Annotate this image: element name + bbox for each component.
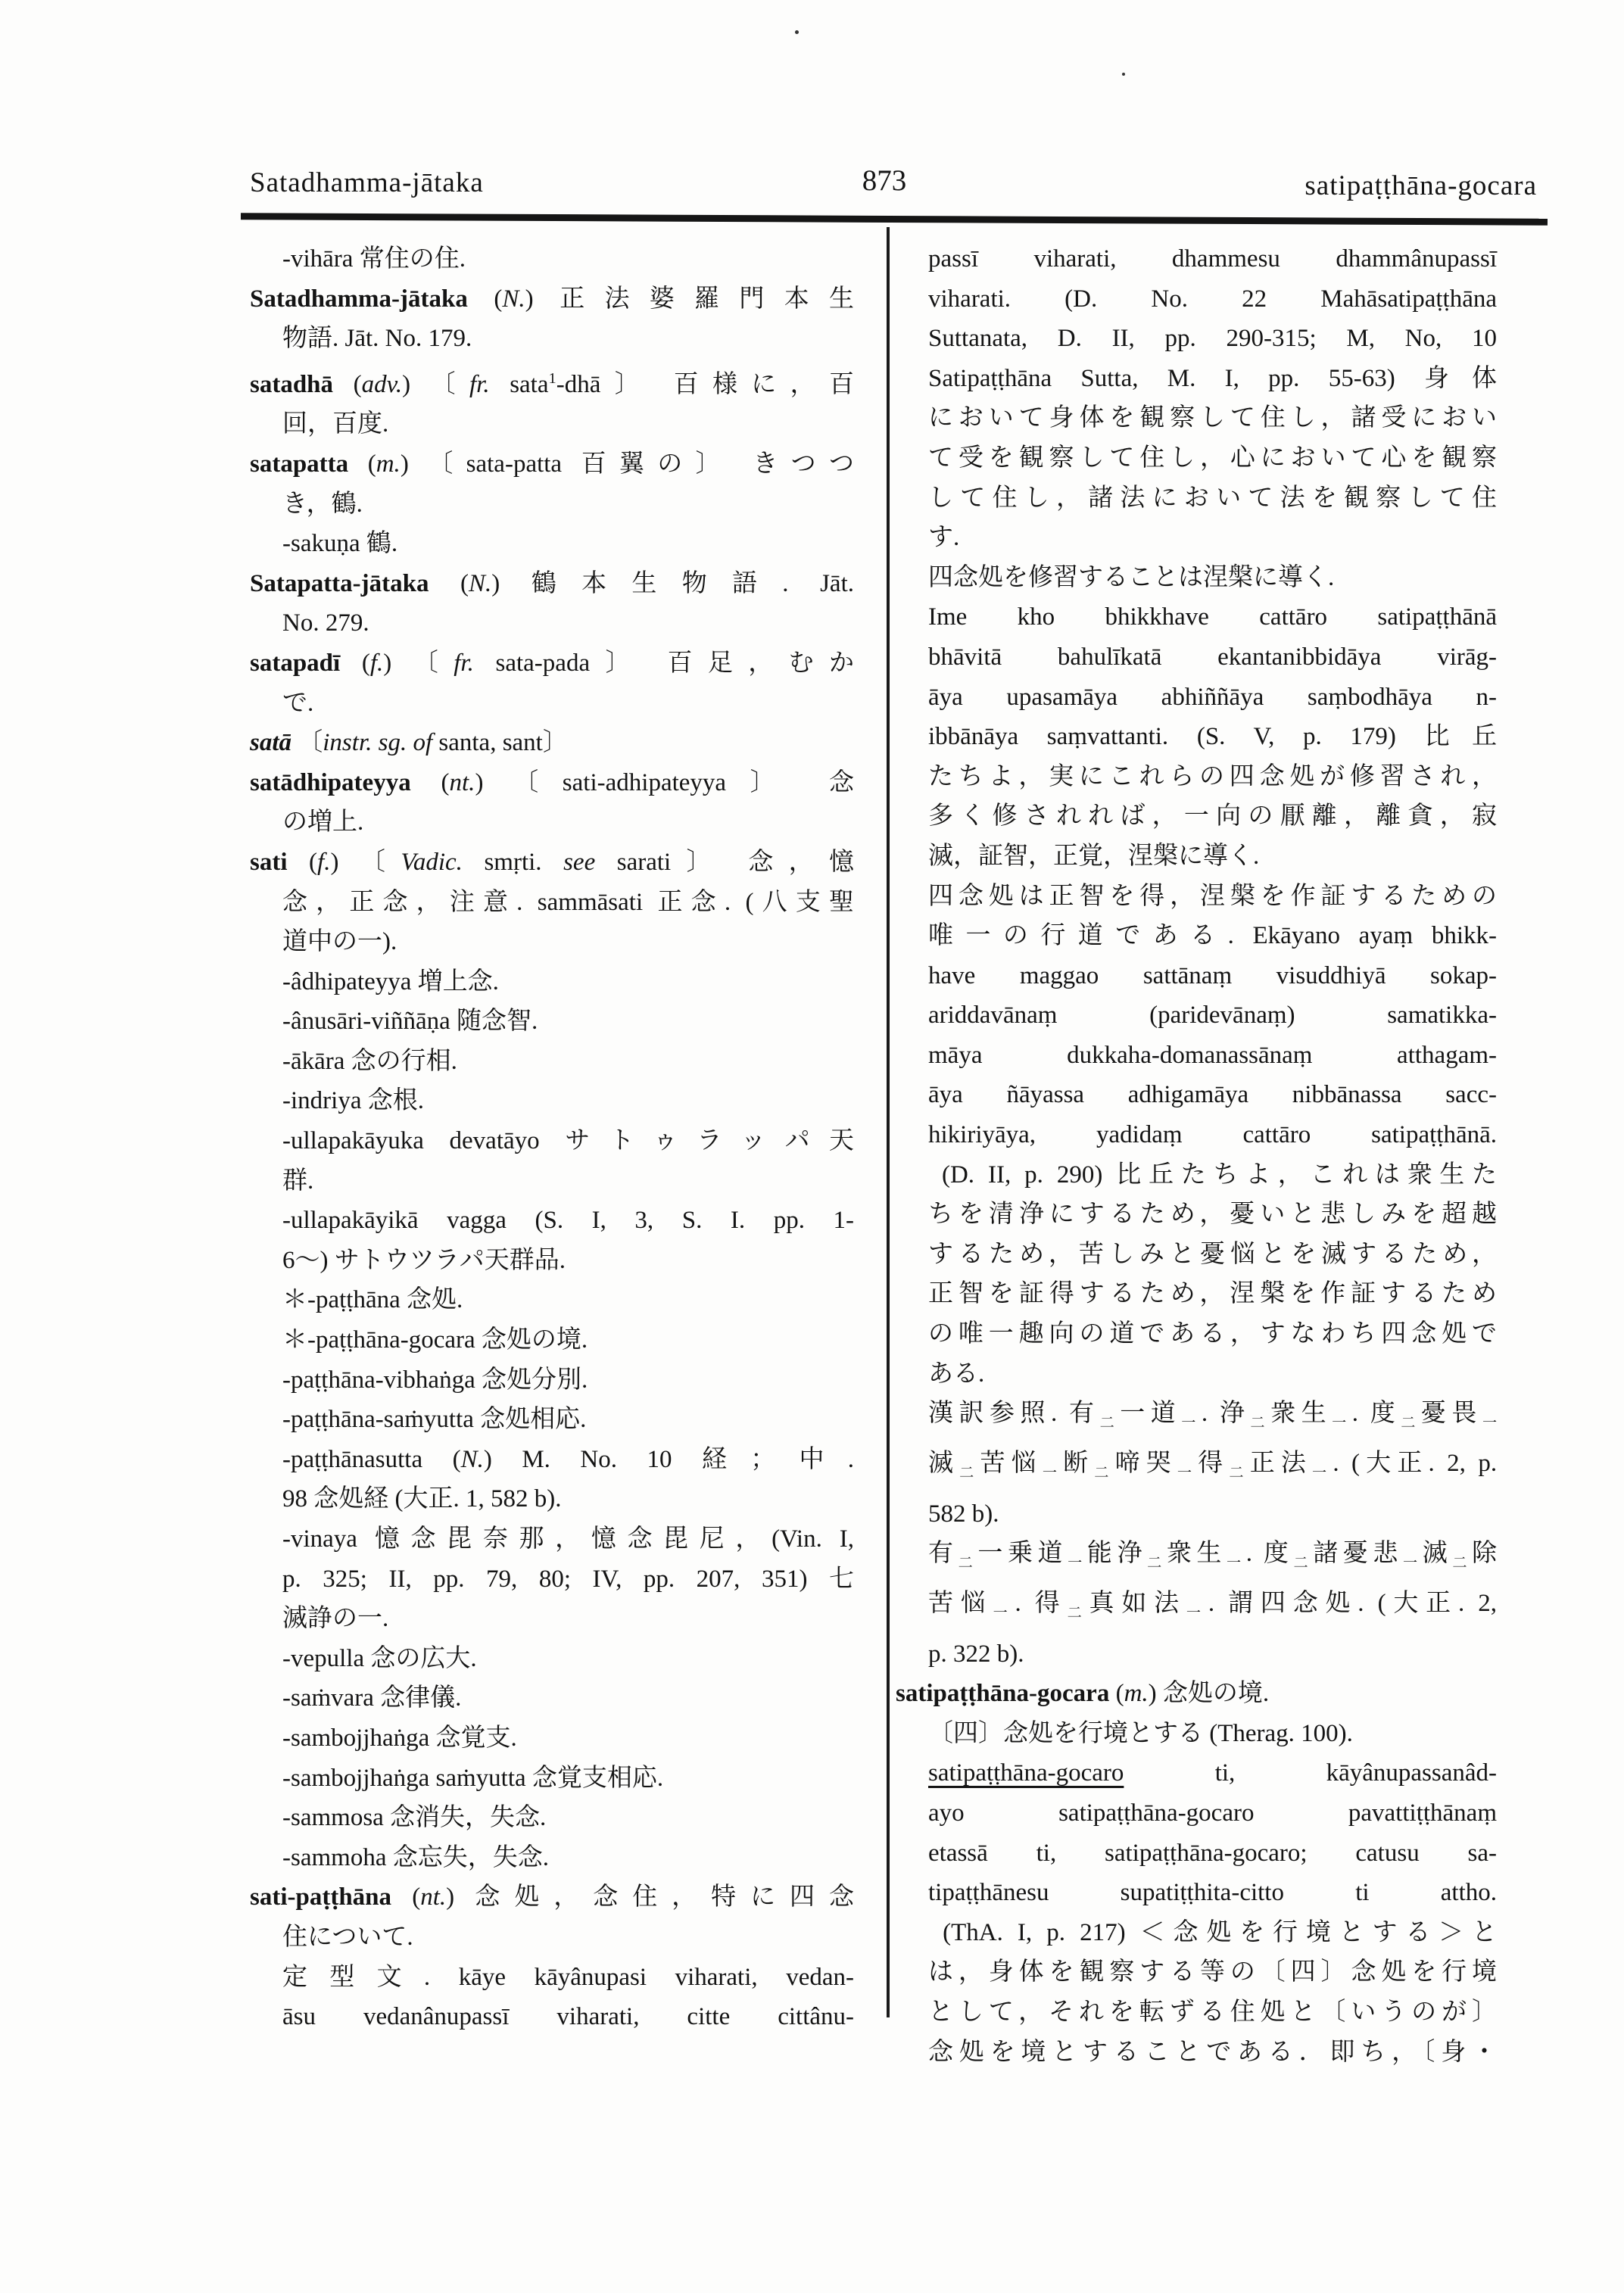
text-line: ＊-paṭṭhāna 念処. — [250, 1280, 854, 1320]
text-segment: 一 — [1332, 1416, 1352, 1432]
text-line: 回，百度. — [250, 404, 854, 444]
text-line: passī viharati, dhammesu dhammânupassī — [896, 239, 1497, 279]
text-segment: Suttanata, D. II, pp. 290-315; M, No, 10 — [928, 325, 1497, 352]
text-line: āya ñāyassa adhigamāya nibbānassa sacc- — [896, 1075, 1497, 1115]
text-segment: 苦悩 — [980, 1450, 1042, 1477]
text-line: tipaṭṭhānesu supatiṭṭhita-citto ti attho… — [896, 1873, 1497, 1913]
text-line: sati-paṭṭhāna (nt.) 念処，念住，特に四念 — [250, 1877, 854, 1918]
text-line: Suttanata, D. II, pp. 290-315; M, No, 10 — [896, 319, 1497, 359]
text-segment: 除 — [1472, 1540, 1497, 1567]
text-line: 唯一の行道である. Ekāyano ayaṃ bhikk- — [896, 916, 1497, 956]
text-line: hikiriyāya, yadidaṃ cattāro satipaṭṭhānā… — [896, 1115, 1497, 1155]
column-divider — [887, 227, 890, 2017]
text-segment: して住し，諸法において法を観察して住 — [928, 484, 1497, 512]
text-segment: bhāvitā bahulīkatā ekantanibbidāya virāg… — [928, 643, 1497, 671]
text-segment: satapadī — [250, 650, 340, 677]
text-segment: sata-pada〕 百足，むか — [474, 650, 854, 677]
text-line: で. — [250, 684, 854, 724]
text-line: āsu vedanânupassī viharati, citte cittân… — [250, 1997, 854, 2037]
text-line: 6〜) サトウツラパ天群品. — [250, 1241, 854, 1281]
text-segment: ( — [348, 450, 376, 478]
text-segment: 〔四〕念処を行境とする (Therag. 100). — [928, 1720, 1353, 1747]
text-segment: f. — [317, 849, 330, 876]
text-line: etassā ti, satipaṭṭhāna-gocaro; catusu s… — [896, 1833, 1497, 1874]
text-segment: 滅諍の一. — [282, 1605, 388, 1632]
underlined-term: satipaṭṭhāna-gocaro — [928, 1759, 1124, 1787]
text-segment: として，それを転ずる住処と〔いうのが〕 — [928, 1999, 1497, 2026]
text-segment: . 度 — [1352, 1400, 1401, 1427]
text-segment: Satipaṭṭhāna Sutta, M. I, pp. 55-63) 身体 — [928, 365, 1497, 392]
text-line: の唯一趣向の道である，すなわち四念処で — [896, 1314, 1497, 1354]
text-segment: 定型文. kāye kāyânupasi viharati, vedan- — [282, 1964, 854, 1991]
text-segment: satādhipateyya — [250, 769, 411, 796]
text-line: 正智を証得するため，涅槃を作証するため — [896, 1274, 1497, 1314]
text-segment: -vinaya 憶念毘奈那，憶念毘尼，(Vin. I, — [282, 1525, 854, 1553]
text-line: 有二一乗道一能浄二衆生一. 度二諸憂悲一滅二除 — [896, 1534, 1497, 1584]
text-segment: nt. — [450, 769, 475, 796]
text-line: -indriya 念根. — [250, 1081, 854, 1121]
text-segment: ) 〔 — [402, 371, 469, 398]
text-segment: 真如法 — [1089, 1590, 1186, 1617]
text-segment: 一 — [1177, 1466, 1198, 1481]
text-line: sati (f.) 〔Vadic. smṛti. see sarati〕 念，憶 — [250, 843, 854, 883]
text-segment: -sammosa 念消失，失念. — [282, 1804, 546, 1831]
text-line: 滅，証智，正覚，涅槃に導く. — [896, 837, 1497, 877]
text-segment: passī viharati, dhammesu dhammânupassī — [928, 245, 1497, 273]
text-segment: たちよ，実にこれらの四念処が修習され， — [928, 763, 1497, 790]
text-segment: . (大正. 2, p. — [1333, 1450, 1497, 1477]
text-segment: て受を観察して住し，心において心を観察 — [928, 444, 1497, 472]
text-segment: ( — [1109, 1680, 1124, 1707]
text-line: において身体を観察して住し，諸受におい — [896, 398, 1497, 438]
text-segment: ) 正法婆羅門本生 — [525, 285, 854, 313]
text-line: (ThA. I, p. 217) ＜念処を行境とする＞と — [896, 1913, 1497, 1953]
text-line: -sambojjhaṅga 念覚支. — [250, 1718, 854, 1759]
text-segment: -indriya 念根. — [282, 1087, 424, 1114]
text-segment: ( — [391, 1883, 420, 1911]
text-segment: -âdhipateyya 増上念. — [282, 968, 499, 995]
text-segment: smṛti. — [463, 849, 563, 876]
text-segment: Satapatta-jātaka — [250, 570, 429, 597]
text-segment: -paṭṭhāna-vibhaṅga 念処分別. — [282, 1366, 588, 1394]
text-line: 四念処は正智を得，涅槃を作証するための — [896, 877, 1497, 917]
text-segment: hikiriyāya, yadidaṃ cattāro satipaṭṭhānā… — [928, 1121, 1497, 1148]
text-segment: ( — [429, 570, 469, 597]
text-segment: . 謂四念処. (大正. 2, — [1208, 1590, 1497, 1617]
text-segment: ibbānāya saṃvattanti. (S. V, p. 179) 比丘 — [928, 723, 1497, 750]
text-line: āya upasamāya abhiññāya saṃbodhāya n- — [896, 678, 1497, 718]
text-segment: ayo satipaṭṭhāna-gocaro pavattiṭṭhānaṃ — [928, 1799, 1497, 1827]
text-line: -sammosa 念消失，失念. — [250, 1798, 854, 1838]
text-segment: 二 — [1147, 1556, 1167, 1572]
text-segment: -vihāra 常住の住. — [282, 245, 466, 273]
text-segment: santa, sant〕 — [432, 729, 568, 756]
text-segment: -paṭṭhāna-saṁyutta 念処相応. — [282, 1406, 586, 1433]
text-segment: で. — [282, 690, 313, 717]
text-segment: ) 念処の境. — [1149, 1680, 1270, 1707]
text-line: -paṭṭhānasutta (N.) M. No. 10 経；中. — [250, 1440, 854, 1480]
text-line: satipaṭṭhāna-gocara (m.) 念処の境. — [896, 1674, 1497, 1714]
text-segment: 群. — [282, 1167, 313, 1195]
text-segment: 多く修されれば，一向の厭離，離貪，寂 — [928, 802, 1497, 830]
text-segment: -ullapakāyuka devatāyo サトゥラッパ天 — [282, 1127, 854, 1154]
text-segment: 二 — [1094, 1466, 1114, 1481]
text-segment: -sambojjhaṅga 念覚支. — [282, 1724, 517, 1752]
text-line: は，身体を観察する等の〔四〕念処を行境 — [896, 1952, 1497, 1992]
text-segment: 一 — [1227, 1556, 1246, 1572]
text-line: ＊-paṭṭhāna-gocara 念処の境. — [250, 1320, 854, 1360]
text-segment: 物語. Jāt. No. 179. — [282, 325, 472, 352]
text-line: -saṁvara 念律儀. — [250, 1678, 854, 1718]
text-segment: -sambojjhaṅga saṁyutta 念覚支相応. — [282, 1765, 663, 1792]
text-segment: fr. — [469, 371, 490, 398]
text-segment: 漢訳参照. 有 — [928, 1400, 1100, 1427]
text-line: satādhipateyya (nt.) 〔sati-adhipateyya〕 … — [250, 763, 854, 803]
text-segment: 二 — [1452, 1556, 1472, 1572]
text-segment: N. — [461, 1446, 484, 1473]
text-segment: N. — [502, 285, 525, 313]
text-segment: 1 — [549, 370, 556, 387]
text-segment: ( — [411, 769, 450, 796]
text-segment: 98 念処経 (大正. 1, 582 b). — [282, 1485, 561, 1513]
text-segment: 一道 — [1120, 1400, 1181, 1427]
text-line: するため，苦しみと憂悩とを滅するため， — [896, 1235, 1497, 1275]
text-segment: p. 322 b). — [928, 1640, 1024, 1668]
right-column: passī viharati, dhammesu dhammânupassīvi… — [896, 239, 1497, 2072]
text-segment: 一 — [1043, 1466, 1063, 1481]
text-segment: -sakuṇa 鶴. — [282, 530, 397, 557]
text-segment: -saṁvara 念律儀. — [282, 1684, 461, 1712]
text-line: 多く修されれば，一向の厭離，離貪，寂 — [896, 796, 1497, 837]
text-line: 582 b). — [896, 1494, 1497, 1534]
text-segment: き，鶴. — [282, 491, 363, 518]
text-segment: 一 — [1312, 1466, 1333, 1481]
dictionary-page: Satadhamma-jātaka 873 satipaṭṭhāna-gocar… — [0, 0, 1624, 2293]
text-segment: -dhā〕 百様に，百 — [556, 371, 854, 398]
text-segment: sata — [490, 371, 549, 398]
text-segment: ) 鶴本生物語. Jāt. — [491, 570, 854, 597]
text-line: 群. — [250, 1161, 854, 1201]
text-segment: 啼哭 — [1115, 1450, 1177, 1477]
text-line: -ākāra 念の行相. — [250, 1042, 854, 1082]
text-segment: 断 — [1063, 1450, 1094, 1477]
text-segment: satapatta — [250, 450, 348, 478]
text-segment: ( — [468, 285, 503, 313]
text-segment: 諸憂悲 — [1313, 1540, 1403, 1567]
text-segment: ti, kāyânupassanâd- — [1124, 1759, 1497, 1787]
text-line: -sammoha 念忘失，失念. — [250, 1838, 854, 1878]
text-segment: p. 325; II, pp. 79, 80; IV, pp. 207, 351… — [282, 1566, 854, 1593]
text-segment: etassā ti, satipaṭṭhāna-gocaro; catusu s… — [928, 1840, 1497, 1867]
text-segment: ariddavānaṃ (paridevānaṃ) samatikka- — [928, 1002, 1497, 1029]
text-line: have maggao sattānaṃ visuddhiyā sokap- — [896, 956, 1497, 996]
text-segment: は，身体を観察する等の〔四〕念処を行境 — [928, 1958, 1497, 1986]
text-line: (D. II, p. 290) 比丘たちよ，これは衆生た — [896, 1155, 1497, 1195]
text-line: 苦悩一. 得二真如法一. 謂四念処. (大正. 2, — [896, 1584, 1497, 1634]
text-segment: ある. — [928, 1360, 984, 1388]
text-line: の増上. — [250, 802, 854, 843]
text-segment: 〔 — [291, 729, 323, 756]
left-column: -vihāra 常住の住.Satadhamma-jātaka (N.) 正法婆羅… — [250, 239, 854, 2037]
text-segment: nt. — [420, 1883, 446, 1911]
text-segment: āya upasamāya abhiññāya saṃbodhāya n- — [928, 684, 1497, 711]
text-segment: (D. II, p. 290) 比丘たちよ，これは衆生た — [928, 1161, 1497, 1189]
text-line: て受を観察して住し，心において心を観察 — [896, 438, 1497, 478]
text-segment: ＊-paṭṭhāna-gocara 念処の境. — [282, 1326, 588, 1354]
text-segment: ) M. No. 10 経；中. — [484, 1446, 854, 1473]
text-segment: No. 279. — [282, 609, 369, 637]
text-segment: 一 — [1186, 1606, 1208, 1622]
text-segment: 四念処を修習することは涅槃に導く. — [928, 564, 1334, 591]
text-segment: 一 — [1403, 1556, 1423, 1572]
text-segment: -vepulla 念の広大. — [282, 1645, 477, 1672]
text-segment: 二 — [1229, 1466, 1249, 1481]
text-line: māya dukkaha-domanassānaṃ atthagam- — [896, 1036, 1497, 1076]
text-line: して住し，諸法において法を観察して住 — [896, 478, 1497, 519]
header-right-headword: satipaṭṭhāna-gocara — [1083, 170, 1537, 202]
text-line: 念，正念，注意. sammāsati 正念. (八支聖 — [250, 883, 854, 923]
text-segment: の唯一趣向の道である，すなわち四念処で — [928, 1320, 1497, 1347]
text-segment: ) 念処，念住，特に四念 — [446, 1883, 854, 1911]
text-line: 定型文. kāye kāyânupasi viharati, vedan- — [250, 1958, 854, 1998]
text-segment: 憂畏 — [1421, 1400, 1482, 1427]
text-segment: 二 — [1293, 1556, 1313, 1572]
text-line: p. 322 b). — [896, 1634, 1497, 1675]
text-segment: 二 — [959, 1556, 978, 1572]
text-segment: するため，苦しみと憂悩とを滅するため， — [928, 1241, 1497, 1268]
text-segment: m. — [1124, 1680, 1149, 1707]
text-line: 滅諍の一. — [250, 1599, 854, 1639]
text-line: satā 〔instr. sg. of santa, sant〕 — [250, 723, 854, 763]
text-segment: 滅，証智，正覚，涅槃に導く. — [928, 843, 1259, 870]
text-segment: viharati. (D. No. 22 Mahāsatipaṭṭhāna — [928, 285, 1497, 313]
text-segment: adv. — [362, 371, 402, 398]
text-segment: f. — [370, 650, 383, 677]
text-segment: 回，百度. — [282, 410, 388, 438]
text-segment: 582 b). — [928, 1500, 999, 1528]
text-line: -âdhipateyya 増上念. — [250, 962, 854, 1002]
text-line: p. 325; II, pp. 79, 80; IV, pp. 207, 351… — [250, 1559, 854, 1600]
text-segment: 二 — [1068, 1606, 1089, 1622]
text-line: す. — [896, 518, 1497, 558]
text-line: 〔四〕念処を行境とする (Therag. 100). — [896, 1714, 1497, 1754]
text-line: satipaṭṭhāna-gocaro ti, kāyânupassanâd- — [896, 1753, 1497, 1793]
text-line: 滅二苦悩一断二啼哭一得二正法一. (大正. 2, p. — [896, 1444, 1497, 1494]
text-segment: 一乗道 — [977, 1540, 1068, 1567]
text-segment: -ânusāri-viññāṇa 随念智. — [282, 1008, 538, 1035]
text-line: bhāvitā bahulīkatā ekantanibbidāya virāg… — [896, 637, 1497, 678]
text-segment: (ThA. I, p. 217) ＜念処を行境とする＞と — [928, 1919, 1497, 1946]
scan-speck — [1122, 73, 1125, 76]
text-segment: 苦悩 — [928, 1590, 993, 1617]
text-line: 98 念処経 (大正. 1, 582 b). — [250, 1479, 854, 1519]
text-segment: Satadhamma-jātaka — [250, 285, 468, 313]
text-segment: instr. sg. of — [323, 729, 432, 756]
text-segment: -ākāra 念の行相. — [282, 1048, 457, 1075]
text-segment: 一 — [1482, 1416, 1497, 1432]
text-segment: ) 〔 — [330, 849, 401, 876]
text-segment: . 度 — [1246, 1540, 1294, 1567]
text-segment: ちを清浄にするため，憂いと悲しみを超越 — [928, 1201, 1497, 1228]
text-line: -vihāra 常住の住. — [250, 239, 854, 279]
text-segment: sati-paṭṭhāna — [250, 1883, 391, 1911]
text-segment: -paṭṭhānasutta ( — [282, 1446, 461, 1473]
text-segment: see — [563, 849, 595, 876]
text-segment: 正智を証得するため，涅槃を作証するため — [928, 1280, 1497, 1307]
text-segment: ) 〔 — [383, 650, 454, 677]
text-line: -vinaya 憶念毘奈那，憶念毘尼，(Vin. I, — [250, 1519, 854, 1559]
text-segment: 二 — [1401, 1416, 1421, 1432]
page-number: 873 — [820, 164, 949, 198]
text-segment: ( — [288, 849, 318, 876]
text-segment: 有 — [928, 1540, 959, 1567]
text-line: satapadī (f.) 〔fr. sata-pada〕 百足，むか — [250, 643, 854, 684]
text-segment: ( — [340, 650, 370, 677]
text-line: -sakuṇa 鶴. — [250, 524, 854, 564]
text-line: 漢訳参照. 有二一道一. 浄二衆生一. 度二憂畏一 — [896, 1394, 1497, 1444]
text-segment: Vadic. — [401, 849, 463, 876]
text-line: たちよ，実にこれらの四念処が修習され， — [896, 757, 1497, 797]
text-line: 念処を境とすることである．即ち，〔身・ — [896, 2033, 1497, 2073]
text-segment: の増上. — [282, 808, 363, 836]
text-segment: において身体を観察して住し，諸受におい — [928, 404, 1497, 431]
text-line: 物語. Jāt. No. 179. — [250, 319, 854, 359]
text-line: ibbānāya saṃvattanti. (S. V, p. 179) 比丘 — [896, 717, 1497, 757]
text-segment: ) 〔sata-patta 百翼の〕 きつつ — [401, 450, 854, 478]
text-segment: 得 — [1198, 1450, 1229, 1477]
text-segment: 一 — [1181, 1416, 1202, 1432]
text-line: -sambojjhaṅga saṁyutta 念覚支相応. — [250, 1759, 854, 1799]
text-segment: sati — [250, 849, 288, 876]
text-line: ちを清浄にするため，憂いと悲しみを超越 — [896, 1195, 1497, 1235]
text-segment: . 浄 — [1202, 1400, 1251, 1427]
text-segment: 一 — [993, 1606, 1015, 1622]
text-line: き，鶴. — [250, 484, 854, 525]
text-line: Satadhamma-jātaka (N.) 正法婆羅門本生 — [250, 279, 854, 319]
text-segment: 念，正念，注意. sammāsati 正念. (八支聖 — [282, 889, 854, 916]
text-segment: -ullapakāyikā vagga (S. I, 3, S. I. pp. … — [282, 1207, 854, 1234]
text-segment: Ime kho bhikkhave cattāro satipaṭṭhānā — [928, 603, 1497, 631]
text-segment: 二 — [1100, 1416, 1121, 1432]
text-segment: fr. — [454, 650, 474, 677]
text-segment: 二 — [1250, 1416, 1270, 1432]
text-segment: m. — [376, 450, 401, 478]
text-segment: ＊-paṭṭhāna 念処. — [282, 1286, 463, 1313]
text-line: 四念処を修習することは涅槃に導く. — [896, 558, 1497, 598]
text-line: No. 279. — [250, 603, 854, 643]
text-segment: 四念処は正智を得，涅槃を作証するための — [928, 883, 1497, 910]
text-segment: -sammoha 念忘失，失念. — [282, 1844, 549, 1871]
text-segment: satadhā — [250, 371, 333, 398]
text-line: -ullapakāyikā vagga (S. I, 3, S. I. pp. … — [250, 1201, 854, 1241]
text-line: satapatta (m.) 〔sata-patta 百翼の〕 きつつ — [250, 444, 854, 484]
text-line: viharati. (D. No. 22 Mahāsatipaṭṭhāna — [896, 279, 1497, 319]
text-line: ayo satipaṭṭhāna-gocaro pavattiṭṭhānaṃ — [896, 1793, 1497, 1833]
text-segment: ) 〔sati-adhipateyya〕 念 — [475, 769, 854, 796]
text-segment: 衆生 — [1167, 1540, 1227, 1567]
text-line: -ullapakāyuka devatāyo サトゥラッパ天 — [250, 1121, 854, 1161]
header-rule — [241, 213, 1548, 226]
text-segment: 唯一の行道である. Ekāyano ayaṃ bhikk- — [928, 922, 1497, 949]
text-segment: 二 — [959, 1466, 980, 1481]
text-segment: satipaṭṭhāna-gocara — [896, 1680, 1109, 1707]
text-segment: 住について. — [282, 1924, 413, 1951]
text-line: Ime kho bhikkhave cattāro satipaṭṭhānā — [896, 597, 1497, 637]
text-line: -paṭṭhāna-vibhaṅga 念処分別. — [250, 1360, 854, 1400]
text-line: 住について. — [250, 1918, 854, 1958]
text-segment: す. — [928, 524, 959, 551]
text-line: ある. — [896, 1354, 1497, 1394]
scan-speck — [795, 30, 799, 34]
text-segment: āsu vedanânupassī viharati, citte cittân… — [282, 2003, 854, 2030]
text-segment: 6〜) サトウツラパ天群品. — [282, 1247, 566, 1274]
text-segment: sarati〕 念，憶 — [595, 849, 854, 876]
text-segment: āya ñāyassa adhigamāya nibbānassa sacc- — [928, 1081, 1497, 1108]
header-left-headword: Satadhamma-jātaka — [250, 167, 484, 199]
text-line: として，それを転ずる住処と〔いうのが〕 — [896, 1992, 1497, 2033]
text-segment: 正法 — [1250, 1450, 1312, 1477]
text-line: Satipaṭṭhāna Sutta, M. I, pp. 55-63) 身体 — [896, 359, 1497, 399]
text-segment: N. — [469, 570, 491, 597]
text-line: -paṭṭhāna-saṁyutta 念処相応. — [250, 1400, 854, 1440]
text-segment: 滅 — [928, 1450, 959, 1477]
text-line: Satapatta-jātaka (N.) 鶴本生物語. Jāt. — [250, 564, 854, 604]
text-segment: 一 — [1068, 1556, 1087, 1572]
text-segment: 念処を境とすることである．即ち，〔身・ — [928, 2039, 1497, 2066]
text-segment: satā — [250, 729, 291, 756]
text-line: satadhā (adv.) 〔fr. sata1-dhā〕 百様に，百 — [250, 359, 854, 405]
text-segment: . 得 — [1015, 1590, 1068, 1617]
text-line: -ânusāri-viññāṇa 随念智. — [250, 1002, 854, 1042]
text-segment: ( — [333, 371, 362, 398]
text-line: -vepulla 念の広大. — [250, 1639, 854, 1679]
text-segment: māya dukkaha-domanassānaṃ atthagam- — [928, 1042, 1497, 1069]
text-segment: have maggao sattānaṃ visuddhiyā sokap- — [928, 962, 1497, 989]
text-line: 道中の一). — [250, 922, 854, 962]
text-segment: 能浄 — [1087, 1540, 1147, 1567]
text-segment: 滅 — [1423, 1540, 1453, 1567]
text-segment: tipaṭṭhānesu supatiṭṭhita-citto ti attho… — [928, 1879, 1497, 1906]
text-segment: 道中の一). — [282, 928, 397, 955]
text-segment: 衆生 — [1270, 1400, 1332, 1427]
text-line: ariddavānaṃ (paridevānaṃ) samatikka- — [896, 995, 1497, 1036]
